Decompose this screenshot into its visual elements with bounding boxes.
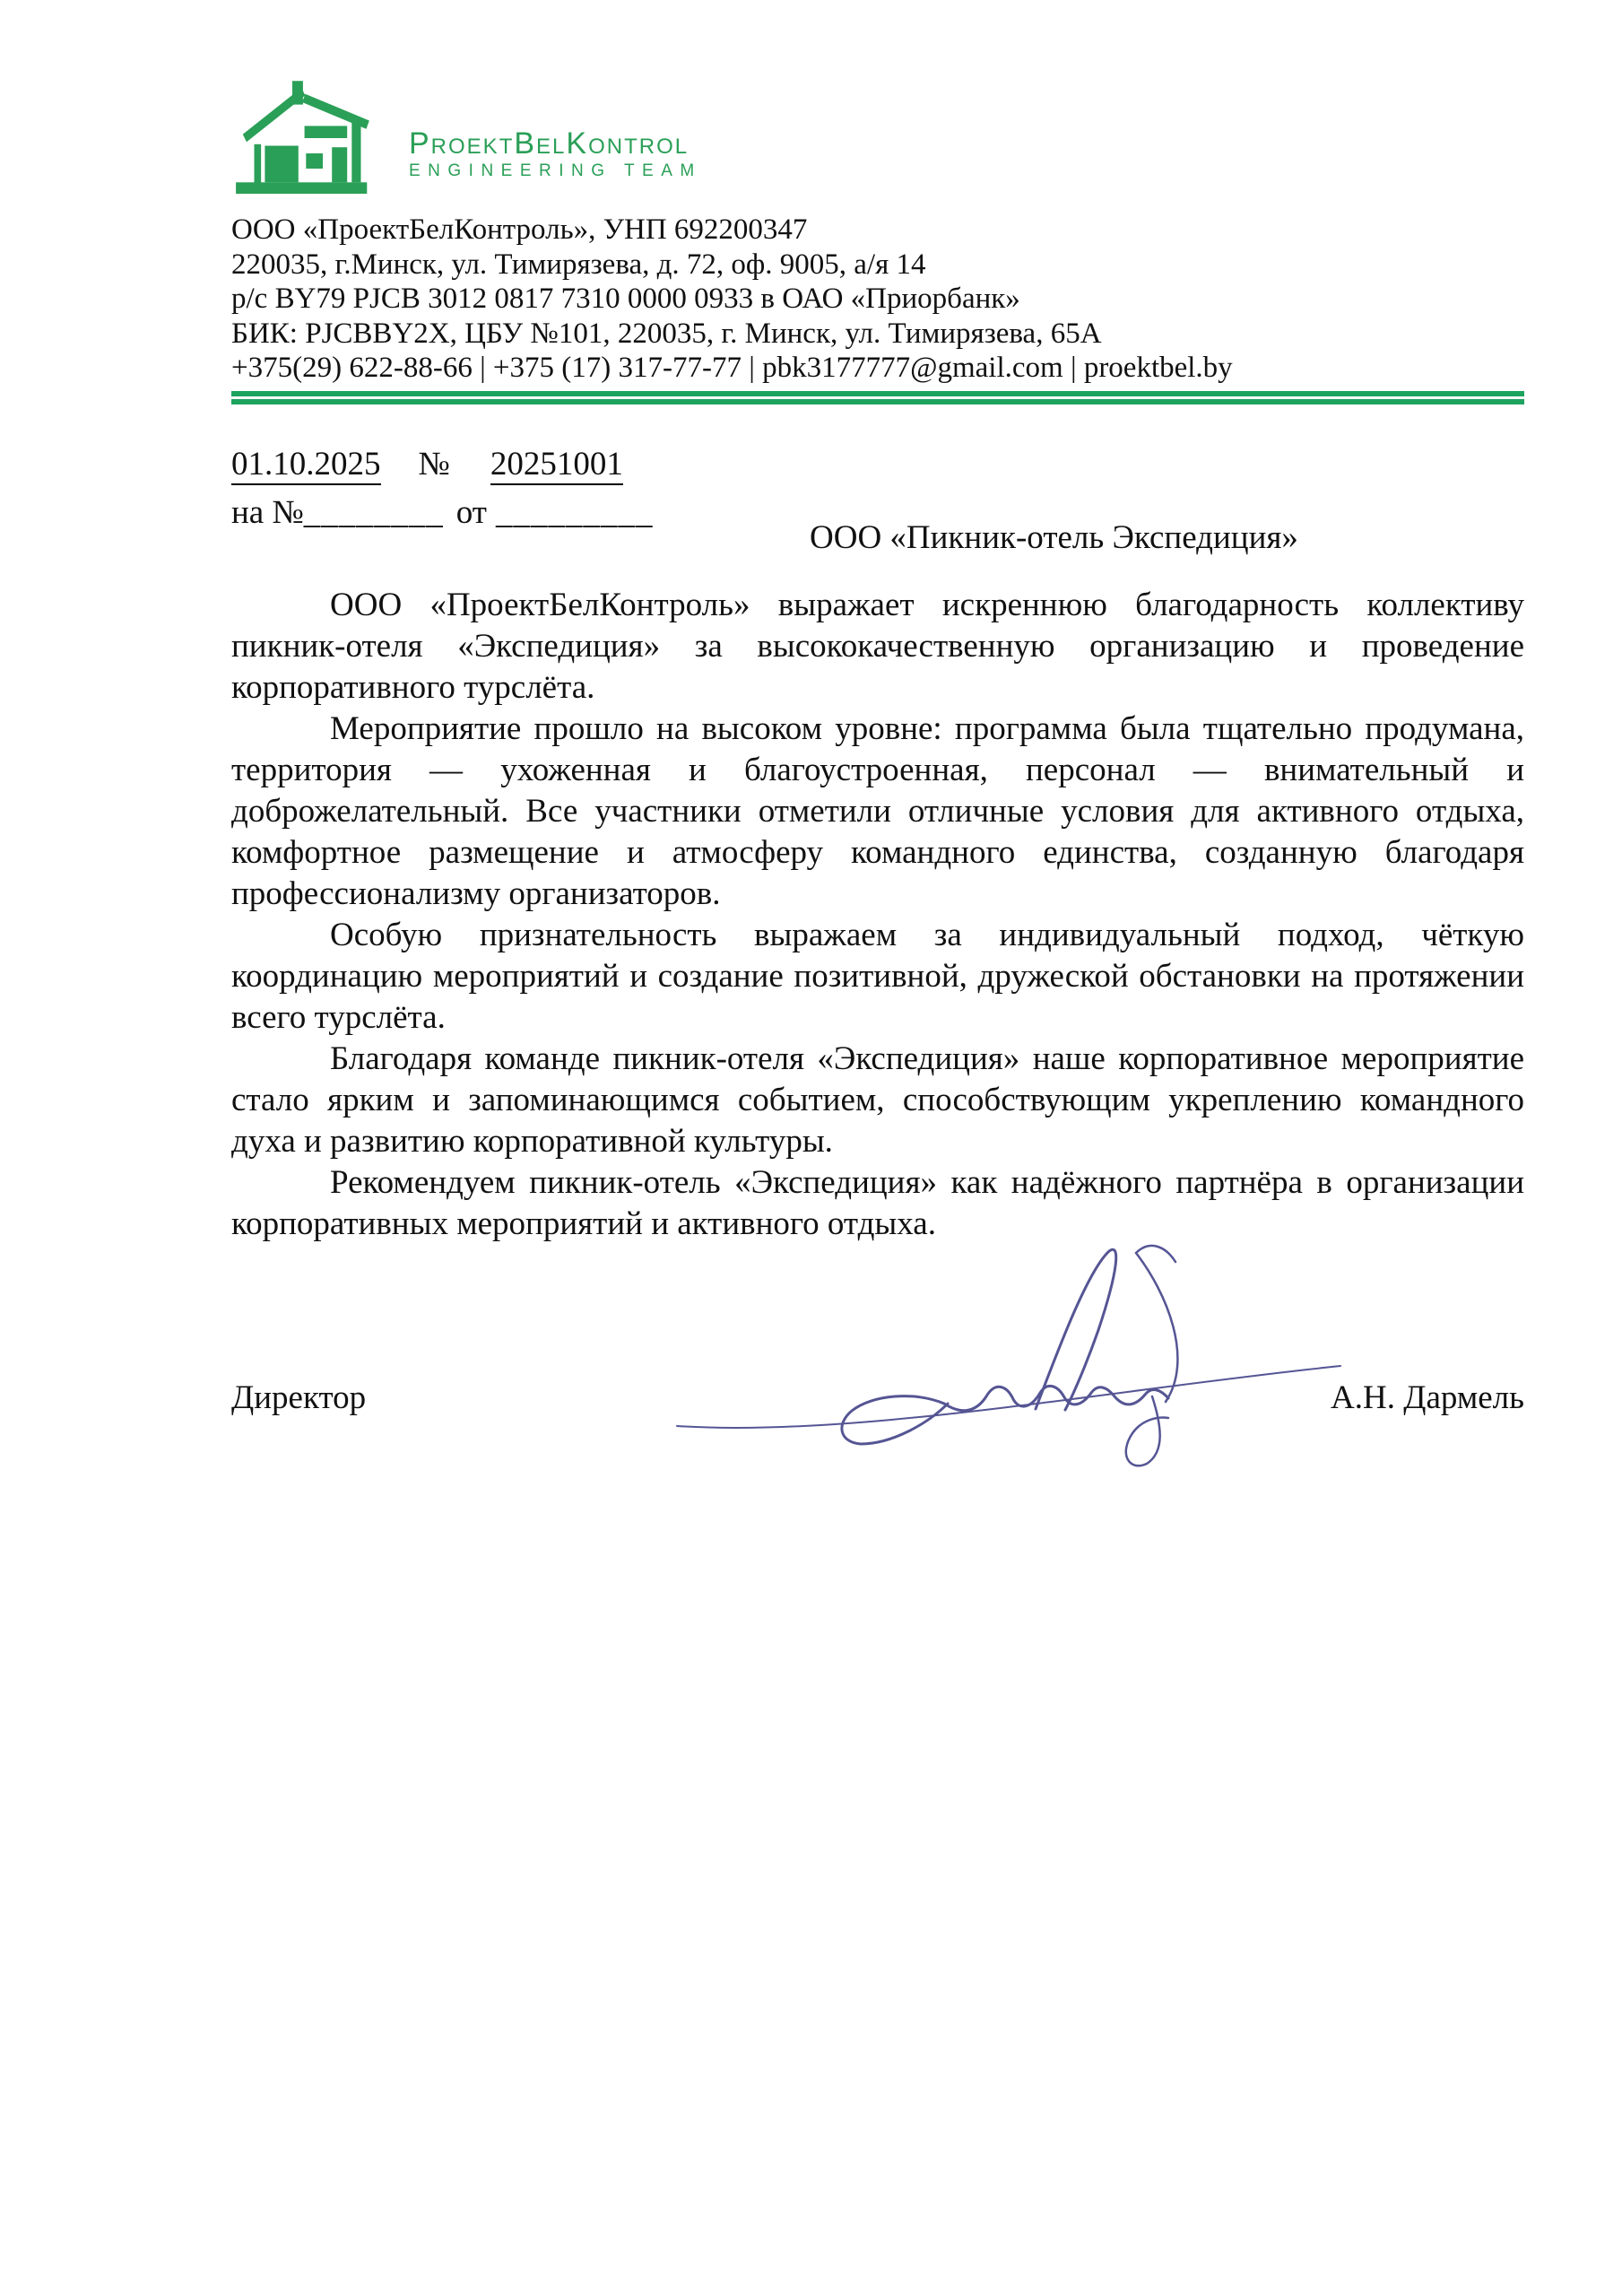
company-detail-line: ООО «ПроектБелКонтроль», УНП 692200347 xyxy=(231,213,1540,248)
reference-block: 01.10.2025№20251001 на №________от______… xyxy=(231,443,653,535)
signer-role: Директор xyxy=(231,1378,366,1417)
letter-page: ProektBelKontrol Engineering team ООО «П… xyxy=(0,0,1622,2296)
company-details: ООО «ПроектБелКонтроль», УНП 692200347 2… xyxy=(231,213,1540,386)
body-paragraph: Мероприятие прошло на высоком уровне: пр… xyxy=(231,709,1524,915)
logo-text: ProektBelKontrol Engineering team xyxy=(409,127,702,181)
signer-name: А.Н. Дармель xyxy=(1331,1378,1524,1417)
body-paragraph: Рекомендуем пикник-отель «Экспедиция» ка… xyxy=(231,1162,1524,1245)
handwritten-signature xyxy=(533,1233,1358,1480)
divider-line xyxy=(231,391,1524,396)
letter-date: 01.10.2025 xyxy=(231,446,381,485)
letter-body: ООО «ПроектБелКонтроль» выражает искренн… xyxy=(231,585,1524,1245)
company-detail-line: БИК: PJCBBY2X, ЦБУ №101, 220035, г. Минс… xyxy=(231,317,1540,352)
brand-part: Bel xyxy=(514,126,566,161)
company-detail-line: 220035, г.Минск, ул. Тимирязева, д. 72, … xyxy=(231,248,1540,283)
company-logo: ProektBelKontrol Engineering team xyxy=(231,77,702,199)
reply-from-label: от xyxy=(456,494,487,531)
company-detail-line: +375(29) 622-88-66 | +375 (17) 317-77-77… xyxy=(231,351,1540,386)
brand-tagline: Engineering team xyxy=(409,161,702,181)
house-icon xyxy=(231,77,384,199)
reference-line-reply: на №________от_________ xyxy=(231,491,653,535)
brand-part: Kontrol xyxy=(566,126,689,161)
letter-number: 20251001 xyxy=(490,446,623,485)
divider-line xyxy=(231,399,1524,404)
body-paragraph: ООО «ПроектБелКонтроль» выражает искренн… xyxy=(231,585,1524,709)
body-paragraph: Особую признательность выражаем за индив… xyxy=(231,915,1524,1039)
reply-date-blank: _________ xyxy=(496,494,654,531)
addressee: ООО «Пикник-отель Экспедиция» xyxy=(810,518,1298,557)
brand-wordmark: ProektBelKontrol xyxy=(409,127,702,160)
number-sign: № xyxy=(419,446,450,483)
company-detail-line: р/с BY79 PJCB 3012 0817 7310 0000 0933 в… xyxy=(231,282,1540,317)
header-divider xyxy=(231,391,1524,407)
body-paragraph: Благодаря команде пикник-отеля «Экспедиц… xyxy=(231,1039,1524,1162)
brand-part: Proekt xyxy=(409,126,514,161)
reference-line-date: 01.10.2025№20251001 xyxy=(231,443,653,486)
reply-prefix: на № xyxy=(231,494,304,531)
reply-number-blank: ________ xyxy=(304,494,444,531)
